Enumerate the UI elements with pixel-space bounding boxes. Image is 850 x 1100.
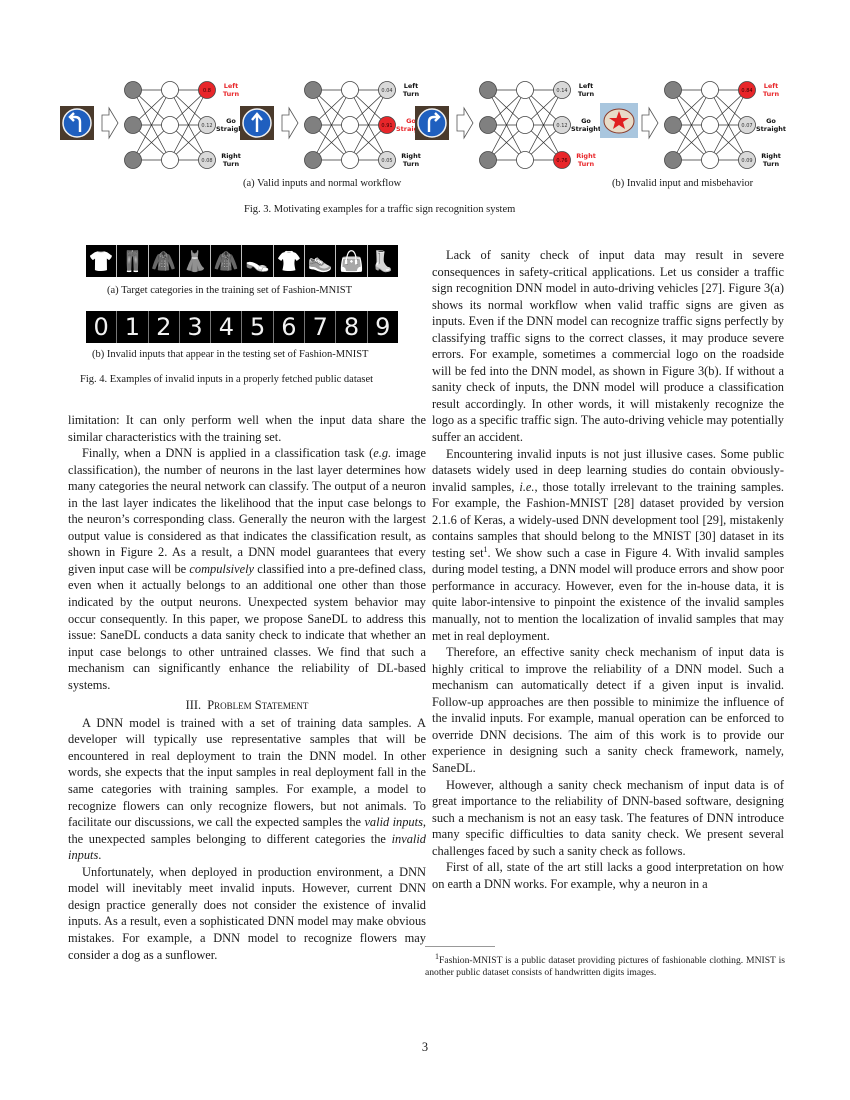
digit-thumbnail: 1 (117, 311, 148, 343)
svg-text:0.84: 0.84 (741, 88, 752, 94)
network-panel: 0.84LeftTurn0.07GoStraight0.09RightTurn (600, 70, 800, 180)
digit-thumbnail: 5 (242, 311, 273, 343)
svg-text:0.14: 0.14 (556, 88, 567, 94)
svg-text:Right: Right (576, 152, 596, 160)
svg-text:Left: Left (224, 82, 239, 90)
svg-text:Go: Go (581, 117, 591, 125)
digit-thumbnail: 9 (368, 311, 398, 343)
svg-text:Left: Left (764, 82, 779, 90)
figure-4b-subcaption: (b) Invalid inputs that appear in the te… (92, 349, 368, 360)
fashion-item-thumbnail: 👡 (242, 245, 273, 277)
fashion-item-thumbnail: 👕 (86, 245, 117, 277)
page-number: 3 (0, 1040, 850, 1055)
digit-thumbnail: 4 (211, 311, 242, 343)
svg-text:0.12: 0.12 (201, 123, 212, 129)
digit-thumbnail: 0 (86, 311, 117, 343)
svg-text:Turn: Turn (763, 160, 780, 168)
fashion-item-thumbnail: 🧥 (211, 245, 242, 277)
svg-text:Turn: Turn (763, 90, 780, 98)
network-panel: 0.04LeftTurn0.91GoStraight0.05RightTurn (240, 70, 440, 180)
fashion-item-thumbnail: 👜 (336, 245, 367, 277)
svg-text:Right: Right (761, 152, 781, 160)
digit-thumbnail: 3 (180, 311, 211, 343)
svg-text:Turn: Turn (578, 160, 595, 168)
svg-text:0.91: 0.91 (381, 123, 392, 129)
svg-text:Turn: Turn (223, 160, 240, 168)
section-heading: III. Problem Statement (68, 697, 426, 714)
svg-text:Right: Right (221, 152, 241, 160)
network-panel: 0.8LeftTurn0.12GoStraight0.08RightTurn (60, 70, 260, 180)
svg-text:0.8: 0.8 (203, 88, 211, 94)
fashion-item-thumbnail: 👖 (117, 245, 148, 277)
paragraph: Unfortunately, when deployed in producti… (68, 864, 426, 963)
fashion-mnist-strip: 👕👖🧥👗🧥👡👚👟👜👢 (86, 245, 398, 277)
paragraph: Therefore, an effective sanity check mec… (432, 644, 784, 776)
svg-text:Straight: Straight (756, 125, 786, 133)
svg-text:0.76: 0.76 (556, 158, 567, 164)
figure-4-caption: Fig. 4. Examples of invalid inputs in a … (80, 374, 373, 385)
svg-text:0.09: 0.09 (741, 158, 752, 164)
svg-text:0.08: 0.08 (201, 158, 212, 164)
fashion-item-thumbnail: 👚 (274, 245, 305, 277)
paragraph: Lack of sanity check of input data may r… (432, 247, 784, 446)
right-column: Lack of sanity check of input data may r… (432, 247, 784, 892)
figure-3: 0.8LeftTurn0.12GoStraight0.08RightTurn0.… (60, 70, 800, 220)
digit-thumbnail: 6 (274, 311, 305, 343)
paragraph: However, although a sanity check mechani… (432, 777, 784, 860)
footnote: 1Fashion-MNIST is a public dataset provi… (425, 955, 785, 980)
svg-text:Straight: Straight (571, 125, 601, 133)
digit-thumbnail: 2 (149, 311, 180, 343)
svg-text:0.05: 0.05 (381, 158, 392, 164)
paragraph: limitation: It can only perform well whe… (68, 412, 426, 445)
left-column: limitation: It can only perform well whe… (68, 412, 426, 963)
fashion-item-thumbnail: 👢 (368, 245, 398, 277)
svg-text:Go: Go (766, 117, 776, 125)
paragraph: Encountering invalid inputs is not just … (432, 446, 784, 645)
svg-text:Turn: Turn (223, 90, 240, 98)
svg-text:Go: Go (226, 117, 236, 125)
svg-text:Turn: Turn (578, 90, 595, 98)
digit-thumbnail: 7 (305, 311, 336, 343)
paragraph: Finally, when a DNN is applied in a clas… (68, 445, 426, 693)
figure-3a-subcaption: (a) Valid inputs and normal workflow (243, 178, 401, 189)
paragraph: A DNN model is trained with a set of tra… (68, 715, 426, 864)
fashion-item-thumbnail: 👗 (180, 245, 211, 277)
paragraph: First of all, state of the art still lac… (432, 859, 784, 892)
svg-text:0.07: 0.07 (741, 123, 752, 129)
footnote-rule (425, 946, 495, 947)
network-panel: 0.14LeftTurn0.12GoStraight0.76RightTurn (415, 70, 615, 180)
svg-text:0.12: 0.12 (556, 123, 567, 129)
fashion-item-thumbnail: 👟 (305, 245, 336, 277)
figure-3b-subcaption: (b) Invalid input and misbehavior (612, 178, 753, 189)
digit-thumbnail: 8 (336, 311, 367, 343)
figure-3-caption: Fig. 3. Motivating examples for a traffi… (244, 204, 515, 215)
figure-4a-subcaption: (a) Target categories in the training se… (107, 285, 352, 296)
svg-text:0.04: 0.04 (381, 88, 392, 94)
mnist-digits-strip: 0123456789 (86, 311, 398, 343)
fashion-item-thumbnail: 🧥 (149, 245, 180, 277)
svg-text:Left: Left (579, 82, 594, 90)
